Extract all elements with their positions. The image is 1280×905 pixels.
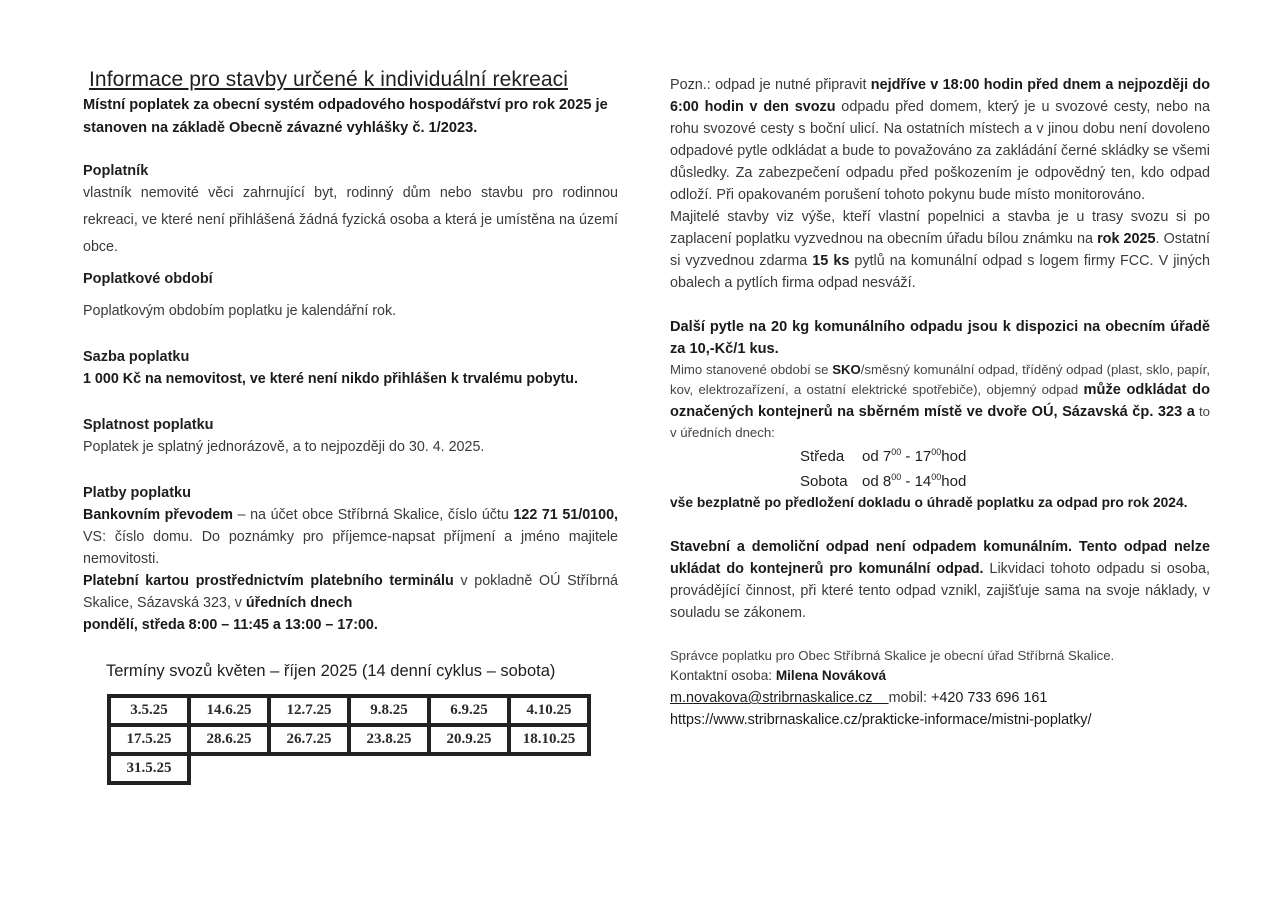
email-link[interactable]: m.novakova@stribrnaskalice.cz (670, 690, 873, 706)
section-text-obdobi: Poplatkovým obdobím poplatku je kalendář… (83, 300, 618, 322)
hours-day: Sobota (800, 471, 862, 492)
section-heading-obdobi: Poplatkové období (83, 268, 618, 290)
bank-transfer-text: Bankovním převodem – na účet obce Stříbr… (83, 504, 618, 570)
hours-unit: hod (941, 473, 966, 490)
hours-row: Středaod 700 - 1700hod (800, 442, 1210, 467)
mobile-label: mobil: (889, 690, 931, 706)
bank-transfer-label: Bankovním převodem (83, 507, 233, 523)
right-column: Pozn.: odpad je nutné připravit nejdříve… (670, 74, 1210, 731)
collection-point-hours: Středaod 700 - 1700hodSobotaod 800 - 140… (800, 442, 1210, 492)
document-title: Informace pro stavby určené k individuál… (89, 66, 618, 94)
section-heading-platby: Platby poplatku (83, 482, 618, 504)
mobile-number: +420 733 696 161 (931, 690, 1047, 706)
hours-unit: hod (941, 448, 966, 465)
schedule-date-cell: 31.5.25 (107, 752, 191, 785)
office-hours: pondělí, středa 8:00 – 11:45 a 13:00 – 1… (83, 614, 618, 636)
bag-count: 15 ks (812, 253, 849, 269)
hours-day: Středa (800, 446, 862, 467)
hours-from: 8 (883, 473, 891, 490)
hours-from: 7 (883, 448, 891, 465)
website-link[interactable]: https://www.stribrnaskalice.cz/prakticke… (670, 709, 1210, 731)
schedule-date-cell: 28.6.25 (187, 723, 271, 756)
hours-to-min: 00 (931, 472, 941, 482)
section-heading-sazba: Sazba poplatku (83, 346, 618, 368)
sko-label: SKO (832, 362, 861, 377)
free-note: vše bezplatně po předložení dokladu o úh… (670, 492, 1210, 514)
card-payment-label: Platební kartou prostřednictvím platební… (83, 573, 454, 589)
contact-name: Milena Nováková (776, 668, 886, 683)
hours-row: Sobotaod 800 - 1400hod (800, 467, 1210, 492)
section-heading-poplatnik: Poplatník (83, 160, 618, 182)
note-paragraph: Pozn.: odpad je nutné připravit nejdříve… (670, 74, 1210, 206)
schedule-title: Termíny svozů květen – říjen 2025 (14 de… (106, 662, 555, 681)
bank-transfer-desc: – na účet obce Stříbrná Skalice, číslo ú… (233, 507, 513, 523)
schedule-date-cell: 18.10.25 (507, 723, 591, 756)
hours-from-min: 00 (891, 472, 901, 482)
outside-text1: Mimo stanovené období se (670, 362, 832, 377)
schedule-date-cell: 26.7.25 (267, 723, 351, 756)
schedule-date-cell: 20.9.25 (427, 723, 511, 756)
contact-label: Kontaktní osoba: (670, 668, 776, 683)
card-payment-text: Platební kartou prostřednictvím platební… (83, 570, 618, 614)
account-number: 122 71 51/0100, (513, 507, 618, 523)
hours-to: 14 (915, 473, 932, 490)
hours-to-min: 00 (931, 447, 941, 457)
extra-bags-info: Další pytle na 20 kg komunálního odpadu … (670, 316, 1210, 360)
section-text-poplatnik: vlastník nemovité věci zahrnující byt, r… (83, 180, 618, 261)
construction-waste-paragraph: Stavební a demoliční odpad není odpadem … (670, 536, 1210, 624)
administrator-text: Správce poplatku pro Obec Stříbrná Skali… (670, 646, 1210, 665)
schedule-date-cell: 23.8.25 (347, 723, 431, 756)
hours-prefix: od (862, 448, 879, 465)
left-column: Informace pro stavby určené k individuál… (83, 66, 618, 636)
hours-to: 17 (915, 448, 932, 465)
bank-transfer-note: VS: číslo domu. Do poznámky pro příjemce… (83, 529, 618, 567)
outside-period-paragraph: Mimo stanovené období se SKO/směsný komu… (670, 360, 1210, 442)
contact-line: Kontaktní osoba: Milena Nováková (670, 665, 1210, 687)
email-mobile-line: m.novakova@stribrnaskalice.cz mobil: +42… (670, 687, 1210, 709)
note-prefix: Pozn.: odpad je nutné připravit (670, 77, 871, 93)
owners-paragraph: Majitelé stavby viz výše, kteří vlastní … (670, 206, 1210, 294)
owners-year: rok 2025 (1097, 231, 1155, 247)
section-heading-splatnost: Splatnost poplatku (83, 414, 618, 436)
hours-prefix: od (862, 473, 879, 490)
hours-from-min: 00 (891, 447, 901, 457)
office-days-label: úředních dnech (246, 595, 352, 611)
collection-schedule-table: 3.5.2514.6.2512.7.259.8.256.9.254.10.251… (107, 694, 587, 781)
section-text-sazba: 1 000 Kč na nemovitost, ve které není ni… (83, 368, 618, 390)
intro-text: Místní poplatek za obecní systém odpadov… (83, 94, 618, 140)
section-text-splatnost: Poplatek je splatný jednorázově, a to ne… (83, 436, 618, 458)
